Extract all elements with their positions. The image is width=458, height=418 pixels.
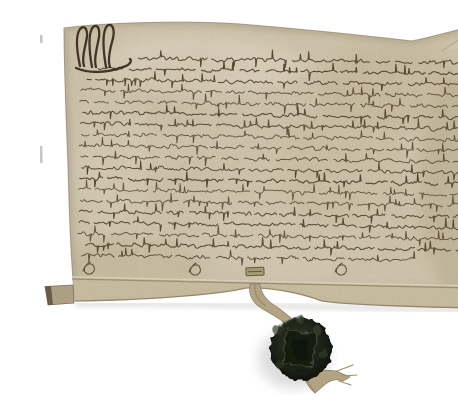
photo-edge-mark [40, 146, 43, 163]
fold-tab [45, 285, 74, 305]
photo-edge-mark [40, 35, 43, 43]
charter-scene [40, 16, 458, 402]
seal-tag-slit [246, 267, 264, 276]
manuscript-photo [40, 16, 458, 402]
seal-impression [283, 330, 317, 366]
